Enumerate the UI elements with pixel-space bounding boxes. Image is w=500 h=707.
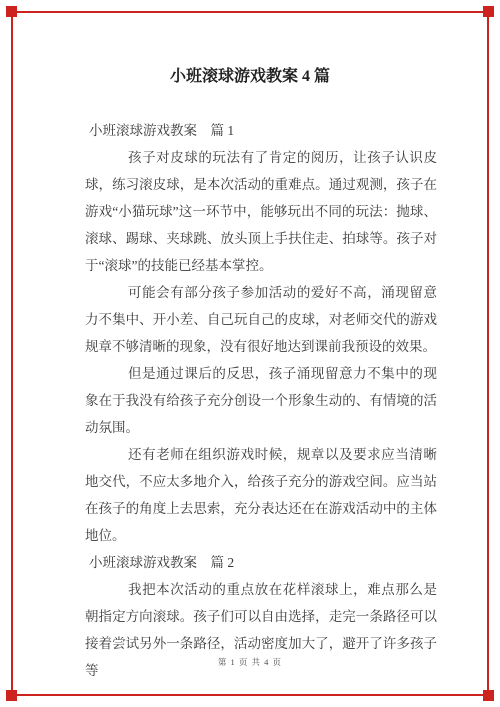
frame-corner-bottom-left <box>6 690 17 701</box>
section-1-heading: 小班滚球游戏教案 篇 1 <box>85 117 437 144</box>
document-page: 小班滚球游戏教案 4 篇 小班滚球游戏教案 篇 1 孩子对皮球的玩法有了肯定的阅… <box>0 0 500 707</box>
document-title: 小班滚球游戏教案 4 篇 <box>0 66 500 88</box>
frame-corner-top-left <box>6 6 17 17</box>
section-1-paragraph-1: 孩子对皮球的玩法有了肯定的阅历，让孩子认识皮球，练习滚皮球，是本次活动的重难点。… <box>85 144 437 279</box>
frame-corner-bottom-right <box>483 690 494 701</box>
frame-corner-top-right <box>483 6 494 17</box>
section-1-paragraph-4: 还有老师在组织游戏时候，规章以及要求应当清晰地交代，不应太多地介入，给孩子充分的… <box>85 441 437 549</box>
section-1-paragraph-3: 但是通过课后的反思，孩子涌现留意力不集中的现象在于我没有给孩子充分创设一个形象生… <box>85 360 437 441</box>
section-1-paragraph-2: 可能会有部分孩子参加活动的爱好不高，涌现留意力不集中、开小差、自己玩自己的皮球，… <box>85 279 437 360</box>
section-2-heading: 小班滚球游戏教案 篇 2 <box>85 549 437 576</box>
document-content: 小班滚球游戏教案 篇 1 孩子对皮球的玩法有了肯定的阅历，让孩子认识皮球，练习滚… <box>85 117 437 684</box>
page-number-footer: 第 1 页 共 4 页 <box>0 656 500 668</box>
